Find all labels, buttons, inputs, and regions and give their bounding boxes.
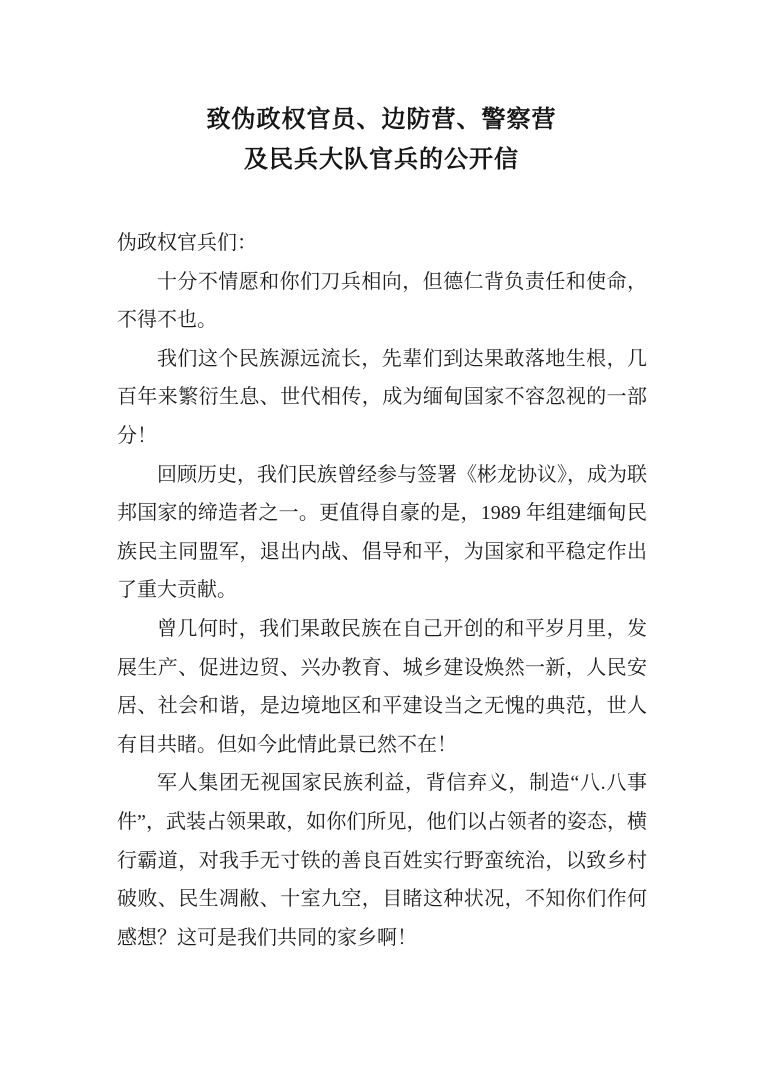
document-page: 致伪政权官员、边防营、警察营 及民兵大队官兵的公开信 伪政权官兵们： 十分不情愿… xyxy=(0,0,763,1080)
document-title-line-1: 致伪政权官员、边防营、警察营 xyxy=(207,107,557,133)
paragraph: 曾几何时，我们果敢民族在自己开创的和平岁月里，发展生产、促进边贸、兴办教育、城乡… xyxy=(117,610,647,764)
document-title-line-2: 及民兵大队官兵的公开信 xyxy=(244,147,519,173)
paragraph: 我们这个民族源远流长，先辈们到达果敢落地生根，几百年来繁衍生息、世代相传，成为缅… xyxy=(117,340,647,456)
document-title: 致伪政权官员、边防营、警察营 及民兵大队官兵的公开信 xyxy=(0,0,763,180)
document-body: 伪政权官兵们： 十分不情愿和你们刀兵相向，但德仁背负责任和使命，不得不也。 我们… xyxy=(117,224,647,957)
paragraph: 军人集团无视国家民族利益，背信弃义，制造“八.八事件”，武装占领果敢，如你们所见… xyxy=(117,764,647,957)
salutation: 伪政权官兵们： xyxy=(117,224,647,263)
paragraph: 十分不情愿和你们刀兵相向，但德仁背负责任和使命，不得不也。 xyxy=(117,263,647,340)
paragraph: 回顾历史，我们民族曾经参与签署《彬龙协议》，成为联邦国家的缔造者之一。更值得自豪… xyxy=(117,456,647,610)
